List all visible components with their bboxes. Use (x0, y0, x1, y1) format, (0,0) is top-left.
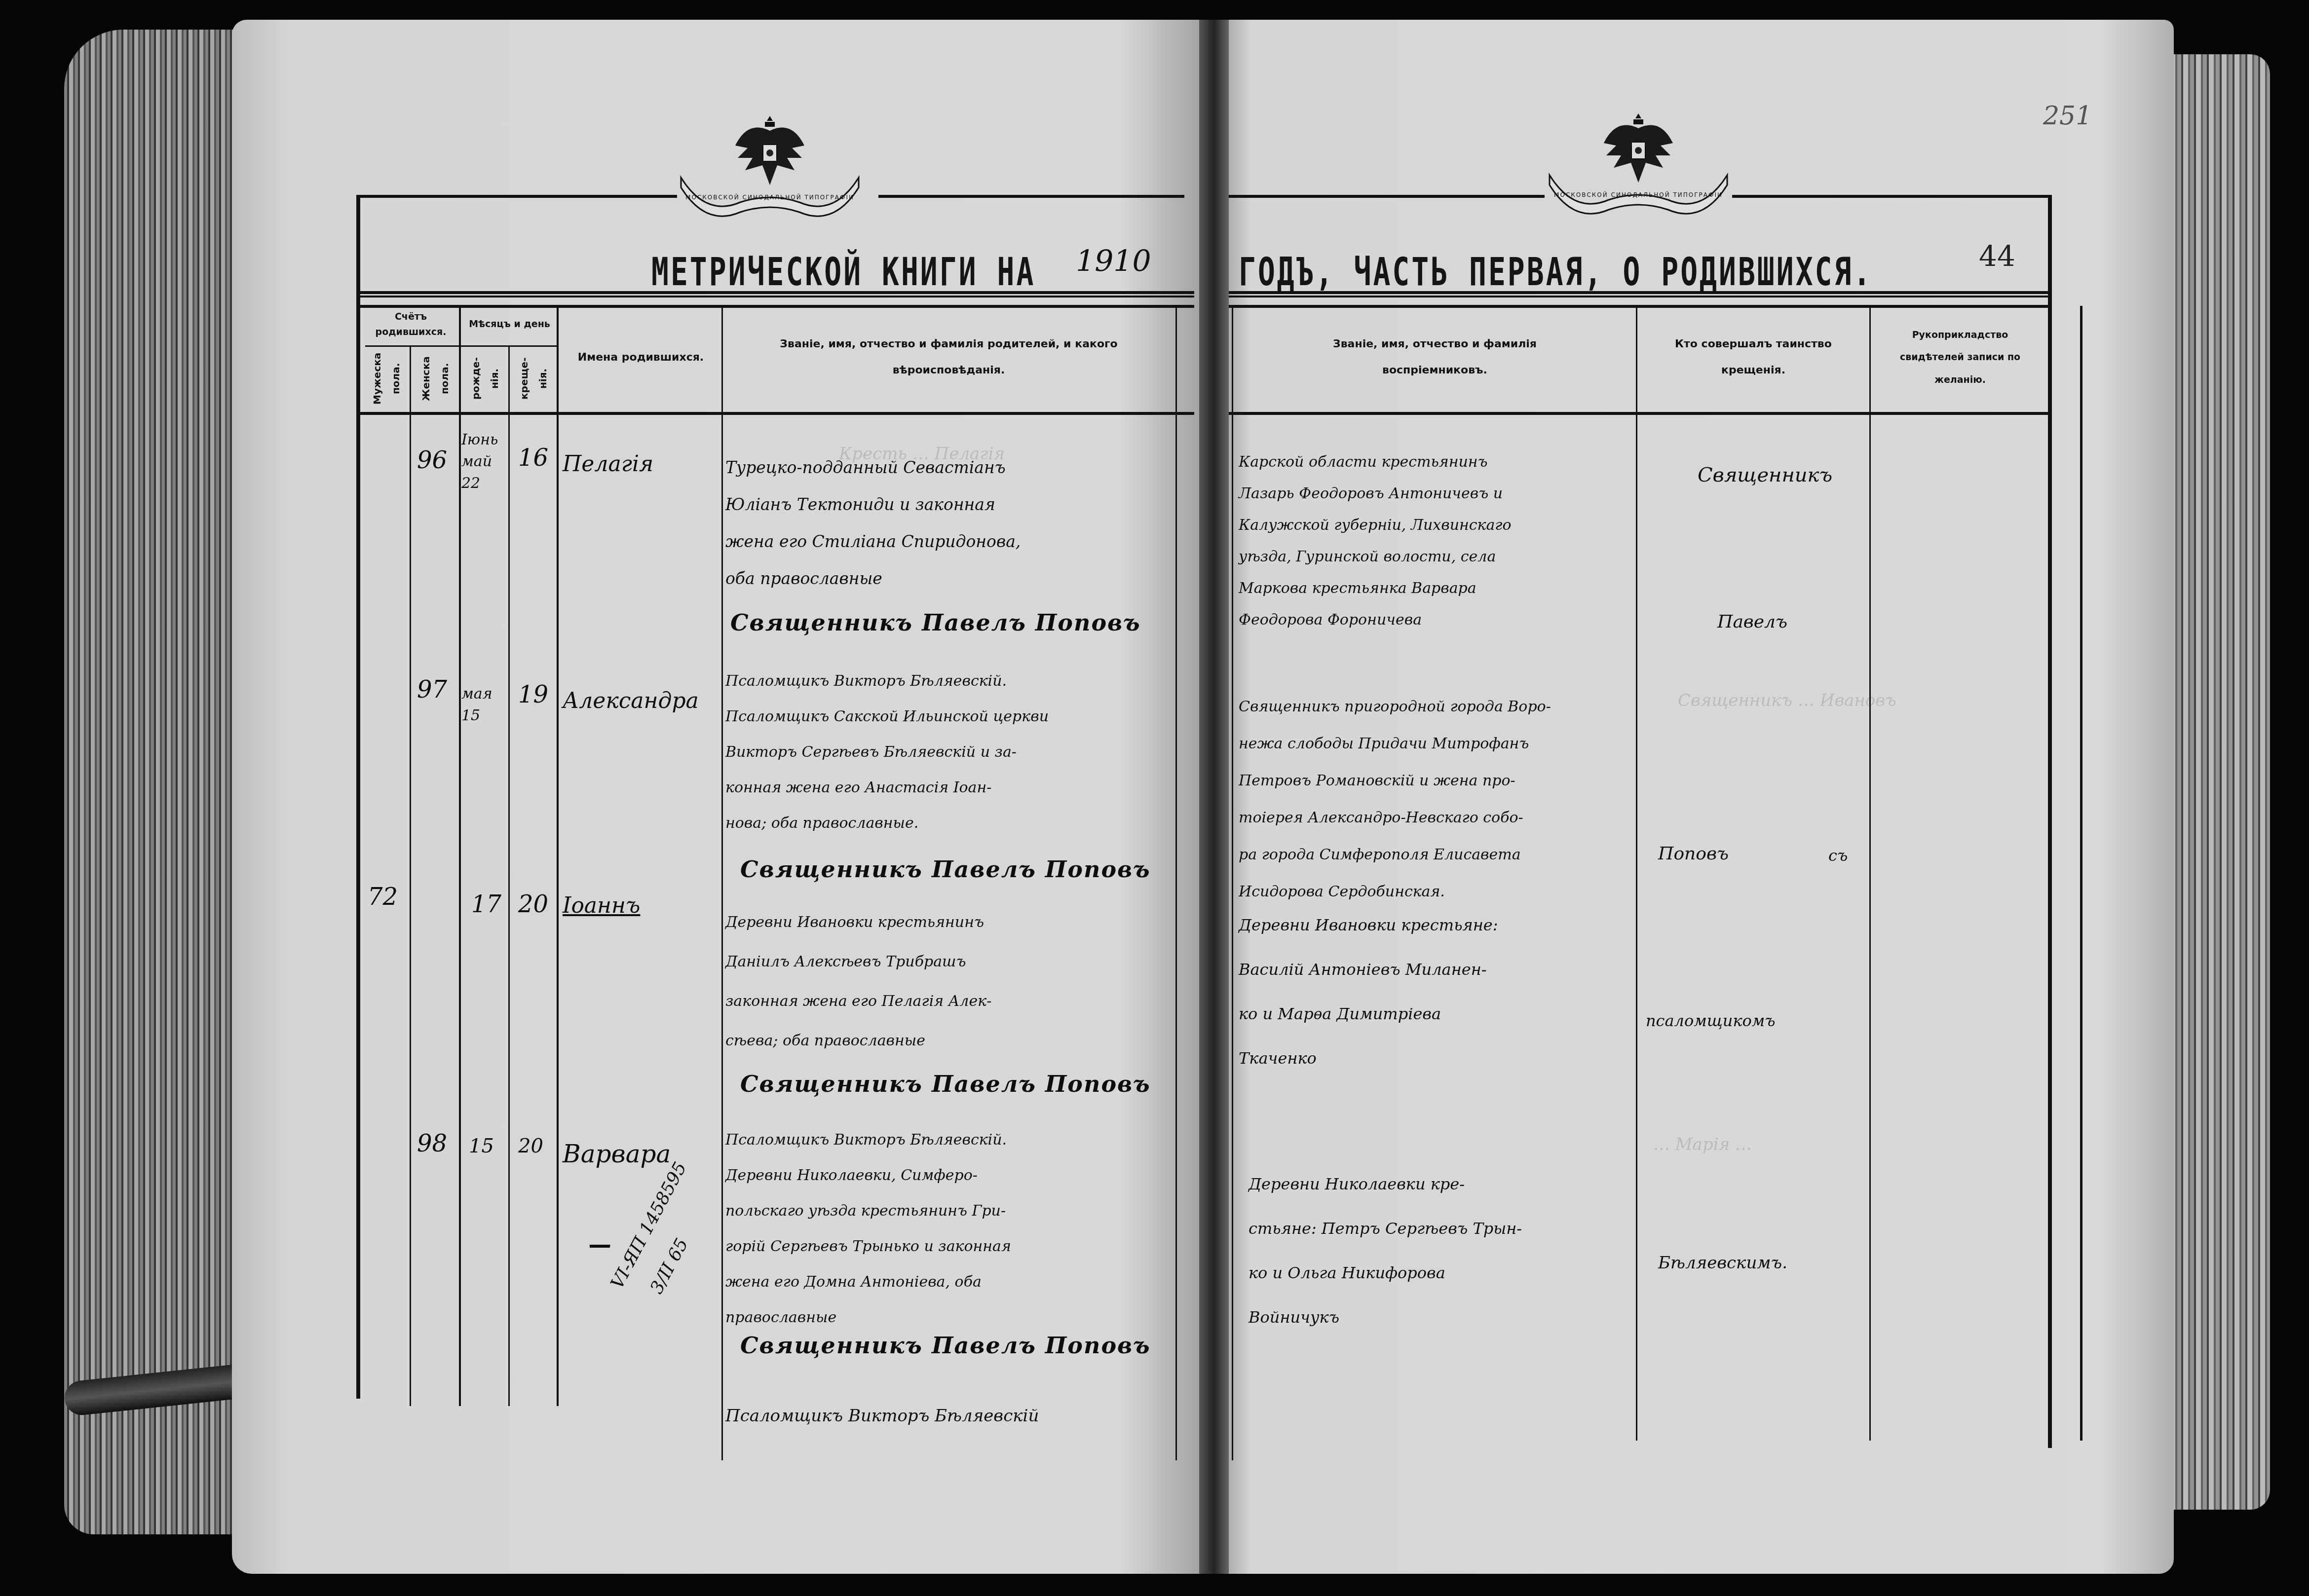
entry-4-female-no: 98 (417, 1130, 447, 1157)
entry-3-godparents-line: Василій Антоніевъ Миланен- (1239, 947, 1633, 992)
entry-2-godparents-line: нежа слободы Придачи Митрофанъ (1239, 725, 1633, 762)
entry-1-parents-line: Юліанъ Тектониди и законная (725, 486, 1170, 523)
header-month-day: Мѣсяцъ и день (461, 303, 558, 345)
entry-1-female-no: 96 (417, 446, 447, 474)
header-baptism-text: креще-нія. (515, 348, 552, 409)
entry-1-godparents: Карской области крестьянинъ Лазарь Феодо… (1239, 446, 1633, 636)
entry-2-parents-line: Псаломщикъ Викторъ Бѣляевскій. (725, 664, 1170, 699)
col-line (1232, 306, 1233, 1460)
entry-2-godparents-line: ра города Симферополя Елисавета (1239, 836, 1633, 873)
emblem-ribbon-text: МОСКОВСКОЙ СИНОДАЛЬНОЙ ТИПОГРАФІИ (676, 194, 864, 201)
header-birth: рожде-нія. (461, 348, 508, 409)
entry-2-parents-line: нова; оба православные. (725, 806, 1170, 841)
header-parents: Званіе, имя, отчество и фамилія родителе… (725, 303, 1172, 412)
imperial-emblem-left: МОСКОВСКОЙ СИНОДАЛЬНОЙ ТИПОГРАФІИ (676, 111, 864, 224)
entry-4-parents: Псаломщикъ Викторъ Бѣляевскій. Деревни Н… (725, 1122, 1174, 1336)
frame-left (356, 195, 360, 1399)
entry-3-godparents: Деревни Ивановки крестьяне: Василій Анто… (1239, 903, 1633, 1080)
col-line (459, 306, 461, 1406)
imperial-emblem-right: МОСКОВСКОЙ СИНОДАЛЬНОЙ ТИПОГРАФІИ (1545, 109, 1732, 222)
header-male-text: Мужеска пола. (368, 348, 405, 409)
book-scan: 251 МОСКОВСКОЙ СИНОДАЛЬНОЙ ТИПОГРАФІИ МО… (0, 0, 2309, 1596)
header-count-born: Счётъ родившихся. (363, 303, 459, 345)
entry-4-name: Варвара (563, 1140, 671, 1168)
entry-3-birth: 17 (471, 891, 501, 918)
bleed-through: Священникъ … Ивановъ (1678, 691, 1896, 710)
entry-3-godparents-line: ко и Марѳа Димитріева (1239, 992, 1633, 1036)
header-male: Мужеска пола. (363, 348, 410, 409)
entry-1-godparents-line: Феодорова Фороничева (1239, 604, 1633, 636)
header-names: Имена родившихся. (560, 303, 721, 412)
entry-4-parents-line: Деревни Николаевки, Симферо- (725, 1158, 1174, 1193)
col-line (721, 306, 723, 1460)
entry-1-birth: Іюнь май 22 (461, 429, 508, 494)
entry-4-godparents-line: ко и Ольга Никифорова (1249, 1251, 1638, 1295)
frame-top-left (356, 195, 677, 198)
entry-3-baptism: 20 (518, 891, 548, 918)
header-female-text: Женска пола. (416, 348, 454, 409)
entry-4-parents-line: православные (725, 1300, 1174, 1336)
col-line (1869, 306, 1871, 1441)
header-bottom-rule-left (360, 412, 1194, 415)
entry-4-signature: Священникъ Павелъ Поповъ (740, 1332, 1151, 1359)
frame-top-right (1229, 195, 1545, 198)
emblem-ribbon-text: МОСКОВСКОЙ СИНОДАЛЬНОЙ ТИПОГРАФІИ (1545, 191, 1732, 198)
entry-2-officiant-2: съ (1828, 846, 1848, 865)
entry-2-parents-line: Псаломщикъ Сакской Ильинской церкви (725, 699, 1170, 735)
entry-1-parents: Турецко-подданный Севастіанъ Юліанъ Тект… (725, 449, 1170, 597)
entry-1-godparents-line: Калужской губерніи, Лихвинскаго (1239, 510, 1633, 541)
entry-3-name: Іоаннъ (563, 893, 640, 918)
header-baptism: креще-нія. (510, 348, 557, 409)
entry-2-baptism: 19 (518, 681, 548, 708)
entry-4-parents-line: горій Сергѣевъ Трынько и законная (725, 1229, 1174, 1264)
entry-3-parents-line: законная жена его Пелагія Алек- (725, 982, 1170, 1021)
entry-1-parents-line: жена его Стиліана Спиридонова, (725, 523, 1170, 560)
col-line (557, 306, 559, 1406)
entry-4-baptism: 20 (518, 1135, 543, 1157)
entry-2-birth: мая 15 (461, 683, 508, 727)
entry-4-struck-annotation: ── (590, 1236, 610, 1256)
folio-number: 251 (2043, 101, 2092, 131)
entry-1-godparents-line: уѣзда, Гуринской волости, села (1239, 541, 1633, 573)
entry-2-signature: Священникъ Павелъ Поповъ (740, 856, 1151, 883)
entry-4-godparents-line: стьяне: Петръ Сергѣевъ Трын- (1249, 1206, 1638, 1251)
entry-2-name: Александра (563, 688, 699, 713)
entry-3-parents-line: Даніилъ Алексѣевъ Трибрашъ (725, 942, 1170, 982)
entry-4-parents-line: польскаго уѣзда крестьянинъ Гри- (725, 1193, 1174, 1229)
entry-4-godparents-line: Войничукъ (1249, 1295, 1638, 1339)
entry-4-parents-line: жена его Домна Антоніева, оба (725, 1264, 1174, 1300)
entry-4-signature-2: Псаломщикъ Викторъ Бѣляевскій (725, 1406, 1039, 1426)
title-year: 1910 (1076, 244, 1151, 279)
entry-1-officiant: Священникъ (1698, 464, 1832, 486)
entry-1-godparents-line: Карской области крестьянинъ (1239, 446, 1633, 478)
entry-1-godparents-line: Маркова крестьянка Варвара (1239, 573, 1633, 604)
entry-2-female-no: 97 (417, 676, 447, 704)
entry-2-godparents-line: тоіерея Александро-Невскаго собо- (1239, 799, 1633, 836)
col-line (2080, 306, 2082, 1441)
entry-2-parents: Псаломщикъ Викторъ Бѣляевскій. Псаломщик… (725, 664, 1170, 841)
entry-3-officiant: псаломщикомъ (1646, 1011, 1776, 1030)
page-number: 44 (1979, 239, 2015, 273)
entry-3-parents: Деревни Ивановки крестьянинъ Даніилъ Але… (725, 903, 1170, 1061)
entry-2-officiant: Поповъ (1658, 844, 1729, 864)
header-birth-text: рожде-нія. (466, 348, 504, 409)
entry-2-godparents: Священникъ пригородной города Воро- нежа… (1239, 688, 1633, 910)
frame-top-left-2 (878, 195, 1184, 198)
header-officiant: Кто совершалъ таинство крещенія. (1637, 303, 1869, 412)
header-godparents: Званіе, имя, отчество и фамилія воспріем… (1234, 303, 1636, 412)
entry-3-godparents-line: Деревни Ивановки крестьяне: (1239, 903, 1633, 947)
entry-3-parents-line: Деревни Ивановки крестьянинъ (725, 903, 1170, 942)
col-subhead-line (365, 345, 558, 347)
col-line (410, 345, 411, 1406)
col-line (508, 345, 510, 1406)
entry-3-godparents-line: Ткаченко (1239, 1036, 1633, 1080)
entry-2-parents-line: конная жена его Анастасія Іоан- (725, 770, 1170, 806)
entry-4-officiant: Бѣляевскимъ. (1658, 1253, 1787, 1273)
col-line (1175, 306, 1177, 1460)
entry-2-godparents-line: Петровъ Романовскій и жена про- (1239, 762, 1633, 799)
title-left: МЕТРИЧЕСКОЙ КНИГИ НА (651, 249, 1035, 295)
entry-2-parents-line: Викторъ Сергѣевъ Бѣляевскій и за- (725, 735, 1170, 770)
entry-3-parents-line: сѣева; оба православные (725, 1021, 1170, 1061)
header-female: Женска пола. (411, 348, 459, 409)
entry-4-parents-line: Псаломщикъ Викторъ Бѣляевскій. (725, 1122, 1174, 1158)
entry-1-godparents-line: Лазарь Феодоровъ Антоничевъ и (1239, 478, 1633, 510)
entry-3-male-no: 72 (368, 883, 398, 911)
header-witnesses: Рукоприкладство свидѣтелей записи по жел… (1871, 303, 2049, 412)
entry-3-signature: Священникъ Павелъ Поповъ (740, 1071, 1151, 1097)
title-right: ГОДЪ, ЧАСТЬ ПЕРВАЯ, О РОДИВШИХСЯ. (1239, 249, 1872, 295)
entry-4-godparents: Деревни Николаевки кре- стьяне: Петръ Се… (1249, 1162, 1638, 1339)
entry-1-baptism: 16 (518, 444, 548, 472)
entry-4-godparents-line: Деревни Николаевки кре- (1249, 1162, 1638, 1206)
entry-1-name: Пелагія (563, 451, 653, 477)
bleed-through: … Марія … (1653, 1135, 1752, 1154)
entry-1-officiant-2: Павелъ (1717, 612, 1787, 632)
header-bottom-rule-right (1229, 412, 2048, 415)
book-gutter (1199, 20, 1229, 1574)
entry-2-godparents-line: Священникъ пригородной города Воро- (1239, 688, 1633, 725)
entry-1-parents-line: оба православные (725, 560, 1170, 597)
entry-1-parents-line: Турецко-подданный Севастіанъ (725, 449, 1170, 486)
entry-4-birth: 15 (469, 1135, 494, 1157)
entry-1-signature: Священникъ Павелъ Поповъ (730, 609, 1141, 636)
frame-top-right-2 (1732, 195, 2048, 198)
